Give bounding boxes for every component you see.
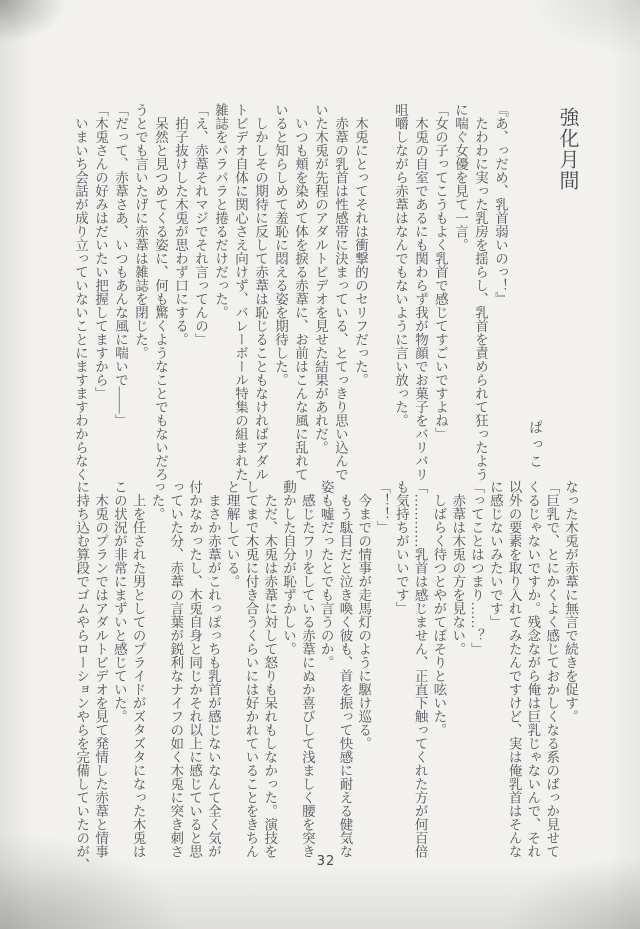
text-line: いた木兎が先程のアダルトビデオを見せた結果があれだ。 bbox=[310, 103, 330, 489]
text-line: しかしその期待に反して赤葦は恥じることもなければアダル bbox=[250, 103, 270, 489]
text-line: 「ってことはつまり……？」 bbox=[466, 480, 485, 866]
text-line: 雑誌をパラパラと捲るだけだった。 bbox=[210, 103, 230, 489]
text-line: 上を任された男としてのプライドがズタズタになった木兎は bbox=[128, 480, 147, 866]
text-line: に感じないみたいです」 bbox=[485, 480, 504, 866]
text-line: 拍子抜けした木兎が思わず口にする。 bbox=[170, 103, 190, 489]
text-line: 木兎にとってそれは衝撃的のセリフだった。 bbox=[350, 103, 370, 489]
text-line: もう駄目だと泣き喚く彼も、首を振って快感に耐える健気な bbox=[335, 480, 354, 866]
text-line: に喘ぐ女優を見て一言。 bbox=[450, 103, 470, 489]
text-line: たわわに実った乳房を揺らし、乳首を責められて狂ったよう bbox=[470, 103, 490, 489]
text-line: なった木兎が赤葦に無言で続きを促す。 bbox=[560, 480, 579, 866]
text-line: 「え、赤葦それマジでそれ言ってんの」 bbox=[190, 103, 210, 489]
text-line: 動かした自分が恥ずかしい。 bbox=[278, 480, 297, 866]
text-line: 赤葦は木兎の方を見ない。 bbox=[447, 480, 466, 866]
text-line: 「だって、赤葦さあ、いつもあんな風に喘いで――」 bbox=[110, 103, 130, 489]
text-line: と理解している。 bbox=[222, 480, 241, 866]
text-line: 咀嚼しながら赤葦はなんでもないように言い放った。 bbox=[390, 103, 410, 489]
text-line: いつも頬を染めて体を捩る赤葦に、お前はこんな風に乱れて bbox=[290, 103, 310, 489]
text-line: トビデオ自体に関心さえ向けず、バレーボール特集の組まれた bbox=[230, 103, 250, 489]
text-line: うとでも言いたげに赤葦は雑誌を閉じた。 bbox=[130, 103, 150, 489]
text-line: してまで木兎に付き合うくらいには好かれていることをきちん bbox=[241, 480, 260, 866]
text-line: この状況が非常にまずいと感じていた。 bbox=[109, 480, 128, 866]
text-line: しばらく待つとやがてぼそりと呟いた。 bbox=[429, 480, 448, 866]
text-line: 「巨乳で、とにかくよく感じておかしくなる系のばっか見せて bbox=[541, 480, 560, 866]
text-line: 「！！」 bbox=[372, 480, 391, 866]
text-line: 「女の子ってこうもよく乳首で感じてすごいですよね」 bbox=[430, 103, 450, 489]
text-line: 以外の要素を取り入れてみたんですけど、実は俺乳首はそんな bbox=[504, 480, 523, 866]
text-line: っていた分、赤葦の言葉が鋭利なナイフの如く木兎に突き刺さ bbox=[165, 480, 184, 866]
text-line: 木兎の自室であるにも関わらず我が物顔でお菓子をバリバリ bbox=[410, 103, 430, 489]
text-line: いまいち会話が成り立っていないことにますますわからなく bbox=[70, 103, 90, 489]
text-line: 付かなかったし、木兎自身と同じかそれ以上に感じていると思 bbox=[184, 480, 203, 866]
author-name: ぱっこ bbox=[519, 420, 549, 471]
text-line: くるじゃないですか。残念ながら俺は巨乳じゃないんで、それ bbox=[523, 480, 542, 866]
scanned-doujinshi-page: 強化月間 ぱっこ 『あ、っだめ、乳首弱いのっ！』 たわわに実った乳房を揺らし、乳… bbox=[0, 0, 640, 929]
text-line: 今までの情事が走馬灯のように駆け巡る。 bbox=[353, 480, 372, 866]
text-line: 呆然と見つめてくる姿に、何も驚くようなことでもないだろ bbox=[150, 103, 170, 489]
text-block-bottom: なった木兎が赤葦に無言で続きを促す。「巨乳で、とにかくよく感じておかしくなる系の… bbox=[70, 480, 579, 866]
text-line: に持ち込む算段でゴムやらローションやらを完備していたのが、 bbox=[71, 480, 90, 866]
text-line: まさか赤葦がこれっぽっちも乳首が感じないなんて全く気が bbox=[203, 480, 222, 866]
text-line: 『あ、っだめ、乳首弱いのっ！』 bbox=[490, 103, 510, 489]
page-number: 32 bbox=[299, 854, 353, 869]
text-line: 木兎のプランではアダルトビデオを見て発情した赤葦と情事 bbox=[90, 480, 109, 866]
text-line: 「木兎さんの好みはだいたい把握してますから」 bbox=[90, 103, 110, 489]
text-line: 姿も嘘だったとでも言うのか。 bbox=[316, 480, 335, 866]
text-line: ただ、木兎は赤葦に対して怒りも呆れもしなかった。演技を bbox=[259, 480, 278, 866]
text-line: いると知らしめて羞恥に悶える姿を期待した。 bbox=[270, 103, 290, 489]
text-line bbox=[370, 103, 390, 489]
text-block-top: 『あ、っだめ、乳首弱いのっ！』 たわわに実った乳房を揺らし、乳首を責められて狂っ… bbox=[68, 103, 510, 489]
text-line: も気持ちがいいです」 bbox=[391, 480, 410, 866]
page-title: 強化月間 bbox=[549, 107, 585, 191]
text-line: 感じたフリをしている赤葦にぬか喜びして浅ましく腰を突き bbox=[297, 480, 316, 866]
text-line: 赤葦の乳首は性感帯に決まっている、とてっきり思い込んで bbox=[330, 103, 350, 489]
text-line: 「…………乳首は感じません、正直下触ってくれた方が何百倍 bbox=[410, 480, 429, 866]
text-line: った。 bbox=[147, 480, 166, 866]
